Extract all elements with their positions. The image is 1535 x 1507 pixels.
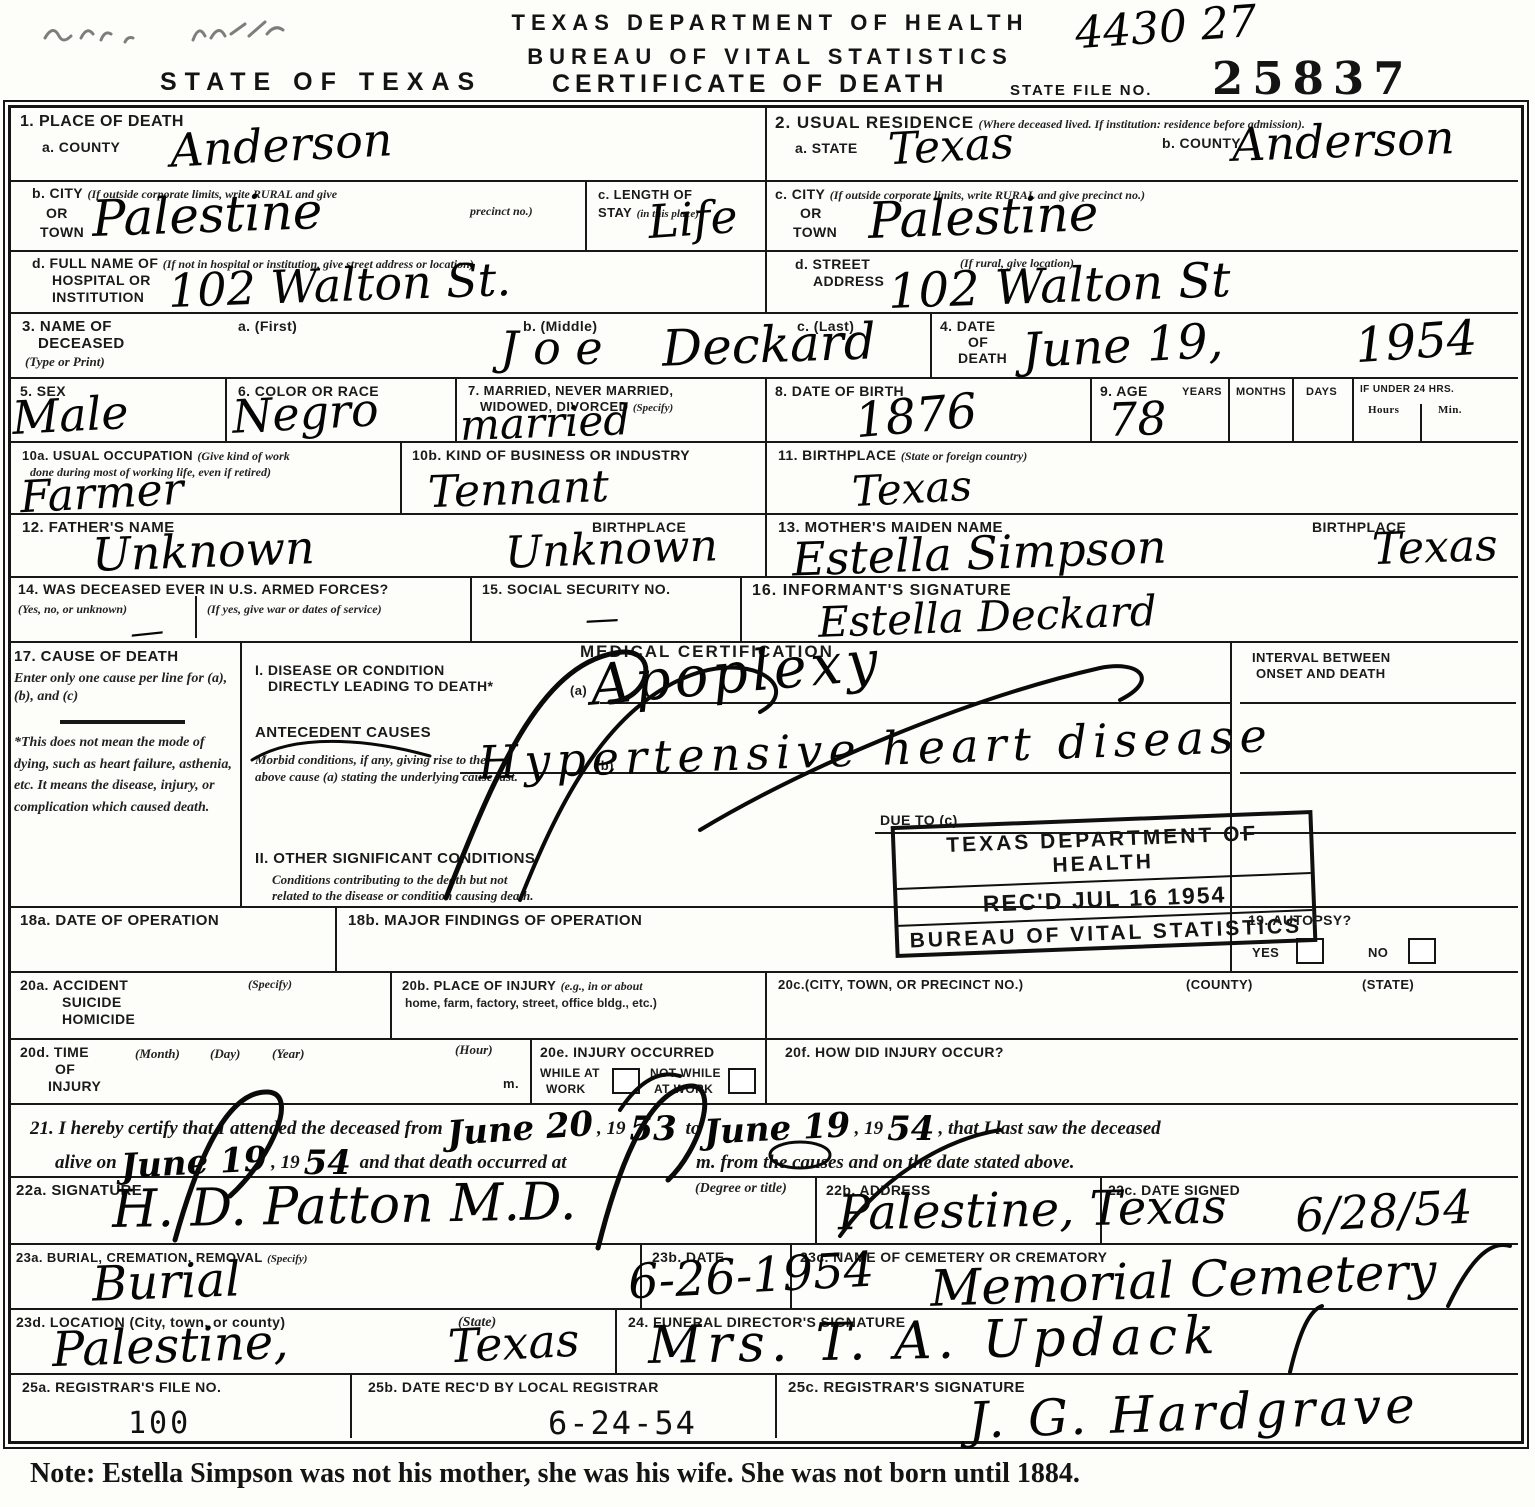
field-10a-label: 10a. USUAL OCCUPATION (Give kind of work (22, 447, 392, 465)
certify-p4: alive on (55, 1152, 117, 1173)
field-10a-value: Farmer (19, 468, 185, 521)
field-20b-note2: home, farm, factory, street, office bldg… (405, 996, 745, 1012)
field-2d-street-label2: ADDRESS (813, 273, 884, 291)
field-6-value: Negro (231, 386, 380, 440)
field-20f-label: 20f. HOW DID INJURY OCCUR? (785, 1044, 1004, 1062)
field-14-label: 14. WAS DECEASED EVER IN U.S. ARMED FORC… (18, 581, 389, 599)
certify-p5: and that death occurred at (360, 1152, 567, 1173)
faint-pencil-marks (40, 8, 440, 58)
field-20d-hour: (Hour) (455, 1042, 493, 1059)
interval-label2: ONSET AND DEATH (1256, 666, 1386, 682)
field-2b-county-value: Anderson (1231, 114, 1455, 168)
field-20e-while1: WHILE AT (540, 1066, 600, 1081)
certify-alive-year: 54 (304, 1146, 351, 1180)
field-14-note1: (Yes, no, or unknown) (18, 602, 127, 618)
field-20e-label: 20e. INJURY OCCURRED (540, 1044, 715, 1062)
field-20c-label: 20c.(CITY, TOWN, OR PRECINCT NO.) (778, 977, 1024, 993)
field-10a-note: (Give kind of work (197, 449, 289, 463)
field-3-title: 3. NAME OF (22, 318, 112, 337)
field-20d-day: (Day) (210, 1046, 240, 1063)
certify-statement-line1: 21. I hereby certify that I attended the… (30, 1112, 1161, 1146)
field-20d-month: (Month) (135, 1046, 180, 1063)
field-20d-label: 20d. TIME (20, 1044, 89, 1062)
certify-p1: 21. I hereby certify that I attended the… (30, 1118, 443, 1139)
injury-not-while-at-work-checkbox[interactable] (728, 1068, 756, 1094)
field-20d-label2: OF (55, 1061, 75, 1079)
field-22a-value: H. D. Patton M.D. (112, 1176, 577, 1236)
field-17-ii-note2: related to the disease or condition caus… (272, 888, 533, 905)
injury-while-at-work-checkbox[interactable] (612, 1068, 640, 1094)
field-11-value: Texas (851, 465, 973, 513)
field-9-under24-label: IF UNDER 24 HRS. (1360, 384, 1510, 397)
field-9-min-label: Min. (1438, 404, 1462, 418)
field-20e-not2: AT WORK (654, 1082, 713, 1097)
certify-from-date: June 20 (446, 1107, 594, 1151)
field-14-note2: (If yes, give war or dates of service) (207, 602, 382, 618)
field-20e-not1: NOT WHILE (650, 1066, 721, 1081)
field-1b-or-label: OR (46, 205, 68, 223)
field-25b-label: 25b. DATE REC'D BY LOCAL REGISTRAR (368, 1379, 659, 1397)
field-20d-year: (Year) (272, 1046, 305, 1063)
certify-p7: from the causes and on the date stated a… (720, 1152, 1074, 1173)
field-4-label: 4. DATE (940, 318, 995, 336)
field-20d-m: m. (503, 1076, 519, 1092)
field-2a-state-label: a. STATE (795, 140, 858, 158)
field-7-note: (Specify) (633, 402, 673, 414)
field-15-label: 15. SOCIAL SECURITY NO. (482, 581, 670, 599)
received-stamp: TEXAS DEPARTMENT OF HEALTH REC'D JUL 16 … (891, 810, 1318, 958)
field-1d-hospital-label3: INSTITUTION (52, 289, 144, 307)
field-17-ii-label: II. OTHER SIGNIFICANT CONDITIONS (255, 850, 535, 869)
field-2c-city-label-main: c. CITY (775, 186, 825, 202)
field-23d-state-value: Texas (447, 1317, 581, 1370)
field-20b-label-main: 20b. PLACE OF INJURY (402, 978, 556, 993)
field-22c-value: 6/28/54 (1294, 1183, 1474, 1238)
field-4-label2: OF (968, 334, 988, 352)
field-17-ii-note: Conditions contributing to the death but… (272, 872, 508, 889)
field-20b-label: 20b. PLACE OF INJURY (e.g., in or about (402, 977, 762, 995)
field-22a-degree-label: (Degree or title) (695, 1180, 787, 1198)
field-25b-value: 6-24-54 (548, 1404, 697, 1442)
field-15-value: — (584, 601, 620, 637)
field-1b-city-label-main: b. CITY (32, 185, 83, 201)
field-23a-value: Burial (91, 1255, 241, 1308)
header-bureau: BUREAU OF VITAL STATISTICS (495, 44, 1045, 70)
field-9-years-label: YEARS (1182, 386, 1222, 400)
field-7-value: married (459, 399, 631, 447)
field-23b-value: 6-26-1954 (627, 1246, 875, 1307)
field-20c-state-label: (STATE) (1362, 977, 1414, 993)
field-20a-label: 20a. ACCIDENT (20, 977, 128, 995)
field-4-year: 1954 (1353, 314, 1478, 370)
field-1c-stay-label2-main: STAY (598, 205, 632, 220)
field-1d-hospital-value: 102 Walton St. (167, 256, 511, 314)
field-9-days-label: DAYS (1306, 386, 1337, 400)
field-1b-town-label: TOWN (40, 224, 84, 242)
header-certificate-of-death: CERTIFICATE OF DEATH (552, 70, 948, 99)
field-10b-value: Tennant (427, 465, 609, 515)
autopsy-no-checkbox[interactable] (1408, 938, 1436, 964)
field-20d-label3: INJURY (48, 1078, 101, 1096)
field-20a-label3: HOMICIDE (62, 1011, 135, 1029)
field-11-label: 11. BIRTHPLACE (State or foreign country… (778, 447, 1027, 465)
field-20a-label2: SUICIDE (62, 994, 122, 1012)
death-certificate-scan: TEXAS DEPARTMENT OF HEALTH BUREAU OF VIT… (0, 0, 1535, 1507)
field-2c-or-label: OR (800, 205, 822, 223)
field-13-bp-value: Texas (1371, 524, 1498, 572)
field-20c-county-label: (COUNTY) (1186, 977, 1253, 993)
field-18b-label: 18b. MAJOR FINDINGS OF OPERATION (348, 912, 642, 931)
field-24-value: Mrs. T. A. Updack (648, 1310, 1221, 1372)
field-17-note1: Enter only one cause per line for (a), (… (14, 670, 229, 706)
field-3-sub: (Type or Print) (25, 354, 105, 371)
field-2d-street-value: 102 Walton St (887, 256, 1231, 316)
header-state-file-no: 25837 (1212, 52, 1414, 105)
field-1a-county-label: a. COUNTY (42, 139, 120, 157)
header-department: TEXAS DEPARTMENT OF HEALTH (495, 10, 1045, 36)
field-4-label3: DEATH (958, 350, 1007, 368)
field-1d-hospital-label2: HOSPITAL OR (52, 272, 151, 290)
field-2c-city-value: Palestine (867, 188, 1099, 246)
field-22b-value: Palestine, Texas (838, 1183, 1227, 1238)
field-18a-label: 18a. DATE OF OPERATION (20, 912, 219, 931)
field-9-months-label: MONTHS (1236, 386, 1286, 400)
field-11-label-main: 11. BIRTHPLACE (778, 447, 896, 463)
field-14-value: — (128, 613, 165, 650)
field-1-title: 1. PLACE OF DEATH (20, 112, 184, 132)
field-25c-value: J. G. Hardgrave (967, 1380, 1419, 1446)
field-9-years-value: 78 (1107, 395, 1167, 443)
field-1a-county-value: Anderson (169, 116, 394, 174)
field-25a-value: 100 (128, 1406, 191, 1441)
field-17-antecedent-label: ANTECEDENT CAUSES (255, 724, 431, 743)
field-12-value: Unknown (91, 524, 315, 578)
field-17-a-label: (a) (570, 683, 587, 699)
field-1b-city-value: Palestine (91, 186, 323, 244)
field-12-bp-value: Unknown (504, 524, 718, 575)
field-19-label: 19. AUTOPSY? (1248, 912, 1352, 930)
interval-label: INTERVAL BETWEEN (1252, 650, 1391, 666)
certify-p6: m. (696, 1152, 716, 1173)
field-2b-county-label: b. COUNTY (1162, 135, 1241, 153)
field-17-i-label: I. DISEASE OR CONDITION (255, 662, 445, 680)
field-3-title2: DECEASED (38, 335, 125, 354)
field-19-no-label: NO (1368, 945, 1388, 961)
header-code-handwritten: 4430 27 (1074, 0, 1259, 56)
bottom-note: Note: Estella Simpson was not his mother… (30, 1458, 1080, 1490)
field-20b-note: (e.g., in or about (561, 979, 643, 993)
field-5-value: Male (11, 389, 130, 441)
field-1d-hospital-label1: d. FULL NAME OF (32, 255, 158, 271)
certify-to-year: 54 (887, 1112, 934, 1146)
certify-p3: , that I last saw the deceased (938, 1118, 1160, 1139)
field-20a-note: (Specify) (248, 977, 292, 993)
field-3c-last-value: Deckard (661, 316, 876, 373)
field-2d-street-label: d. STREET (795, 256, 870, 274)
header-state-file-no-label: STATE FILE NO. (1010, 82, 1152, 99)
certify-from-year: 53 (629, 1112, 676, 1146)
certify-y-a: , 19 (597, 1118, 626, 1139)
field-2c-town-label: TOWN (793, 224, 837, 242)
header-state-of-texas: STATE OF TEXAS (160, 68, 482, 97)
field-17-i-label2: DIRECTLY LEADING TO DEATH* (268, 678, 493, 696)
field-2a-state-value: Texas (887, 122, 1015, 173)
field-10a-label-main: 10a. USUAL OCCUPATION (22, 448, 193, 463)
field-13-value: Estella Simpson (791, 523, 1167, 582)
certify-p2: to (686, 1118, 701, 1139)
field-4-value: June 19, (1021, 317, 1224, 375)
field-23a-note: (Specify) (267, 1253, 307, 1265)
field-25a-label: 25a. REGISTRAR'S FILE NO. (22, 1379, 221, 1397)
certify-y-b: , 19 (855, 1118, 884, 1139)
field-8-value: 1876 (853, 387, 979, 445)
certify-y-c: , 19 (271, 1152, 300, 1173)
field-3a-first-label: a. (First) (238, 318, 297, 336)
field-3a-first-value: J o e (500, 325, 603, 371)
field-1c-stay-value: Life (647, 193, 740, 245)
field-17-rule (60, 720, 185, 724)
field-1b-city-note2: precinct no.) (470, 204, 533, 220)
field-23d-city-value: Palestine, (51, 1318, 289, 1374)
field-20e-while2: WORK (546, 1082, 586, 1097)
field-17-note2: *This does not mean the mode of dying, s… (14, 732, 236, 819)
field-9-hours-label: Hours (1368, 404, 1399, 418)
certify-to-date: June 19 (704, 1108, 852, 1150)
field-19-yes-label: YES (1252, 945, 1279, 961)
